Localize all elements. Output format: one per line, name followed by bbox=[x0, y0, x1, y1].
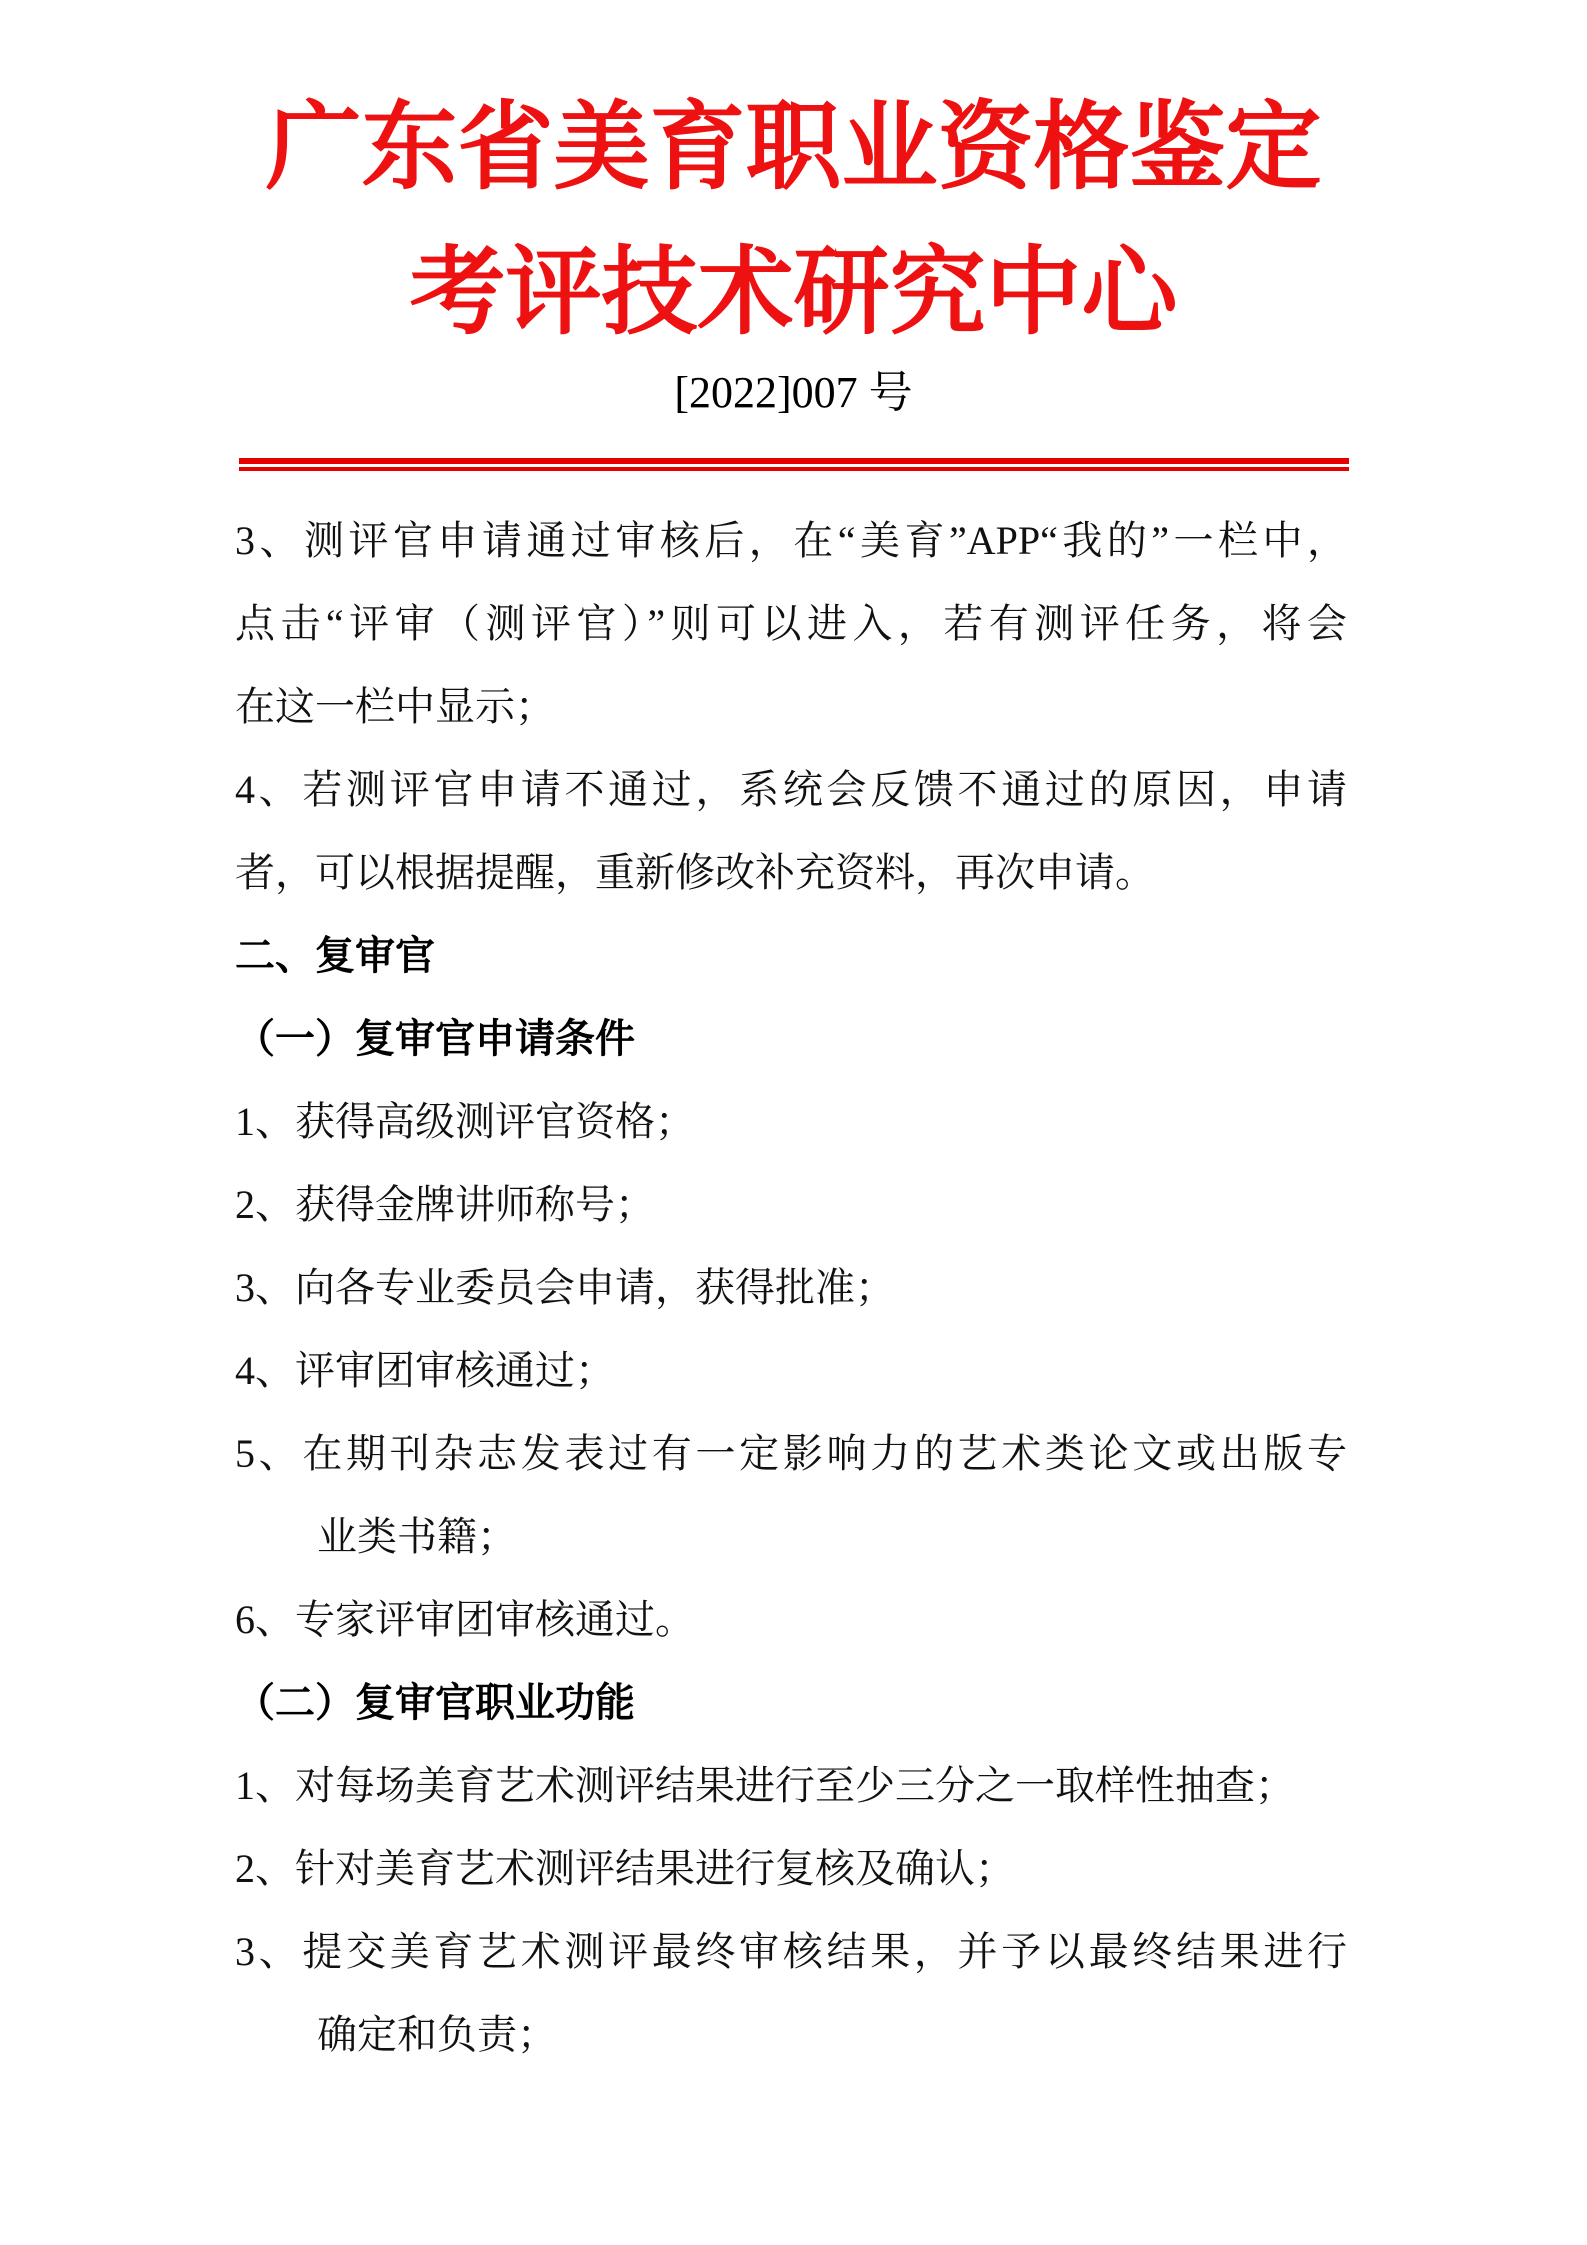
document-title-line-2: 考评技术研究中心 bbox=[0, 220, 1587, 365]
text-line: 确定和负责； bbox=[235, 1993, 1347, 2076]
text-line: 在这一栏中显示； bbox=[235, 665, 1347, 748]
text-line: 点击“评审（测评官）”则可以进入，若有测评任务，将会 bbox=[235, 582, 1347, 665]
text-line: 4、评审团审核通过； bbox=[235, 1329, 1347, 1412]
text-line: 2、获得金牌讲师称号； bbox=[235, 1163, 1347, 1246]
document-body: 3、测评官申请通过审核后，在“美育”APP“我的”一栏中， 点击“评审（测评官）… bbox=[235, 499, 1347, 2076]
subsection-heading: （二）复审官职业功能 bbox=[235, 1661, 1347, 1744]
text-line: 2、针对美育艺术测评结果进行复核及确认； bbox=[235, 1827, 1347, 1910]
text-line: 5、在期刊杂志发表过有一定影响力的艺术类论文或出版专 bbox=[235, 1412, 1347, 1495]
text-line: 者，可以根据提醒，重新修改补充资料，再次申请。 bbox=[235, 831, 1347, 914]
document-header: 广东省美育职业资格鉴定 考评技术研究中心 bbox=[0, 0, 1587, 365]
text-line: 3、测评官申请通过审核后，在“美育”APP“我的”一栏中， bbox=[235, 499, 1347, 582]
doc-number: [2022]007 号 bbox=[0, 365, 1587, 421]
text-line: 3、提交美育艺术测评最终审核结果，并予以最终结果进行 bbox=[235, 1910, 1347, 1993]
text-line: 4、若测评官申请不通过，系统会反馈不通过的原因，申请 bbox=[235, 748, 1347, 831]
document-title-line-1: 广东省美育职业资格鉴定 bbox=[0, 75, 1587, 220]
text-line: 3、向各专业委员会申请，获得批准； bbox=[235, 1246, 1347, 1329]
text-line: 1、对每场美育艺术测评结果进行至少三分之一取样性抽查； bbox=[235, 1744, 1347, 1827]
red-divider-rule bbox=[239, 458, 1349, 471]
text-line: 业类书籍； bbox=[235, 1495, 1347, 1578]
document-page: 广东省美育职业资格鉴定 考评技术研究中心 [2022]007 号 3、测评官申请… bbox=[0, 0, 1587, 2245]
subsection-heading: （一）复审官申请条件 bbox=[235, 997, 1347, 1080]
text-line: 1、获得高级测评官资格； bbox=[235, 1080, 1347, 1163]
section-heading: 二、复审官 bbox=[235, 914, 1347, 997]
text-line: 6、专家评审团审核通过。 bbox=[235, 1578, 1347, 1661]
